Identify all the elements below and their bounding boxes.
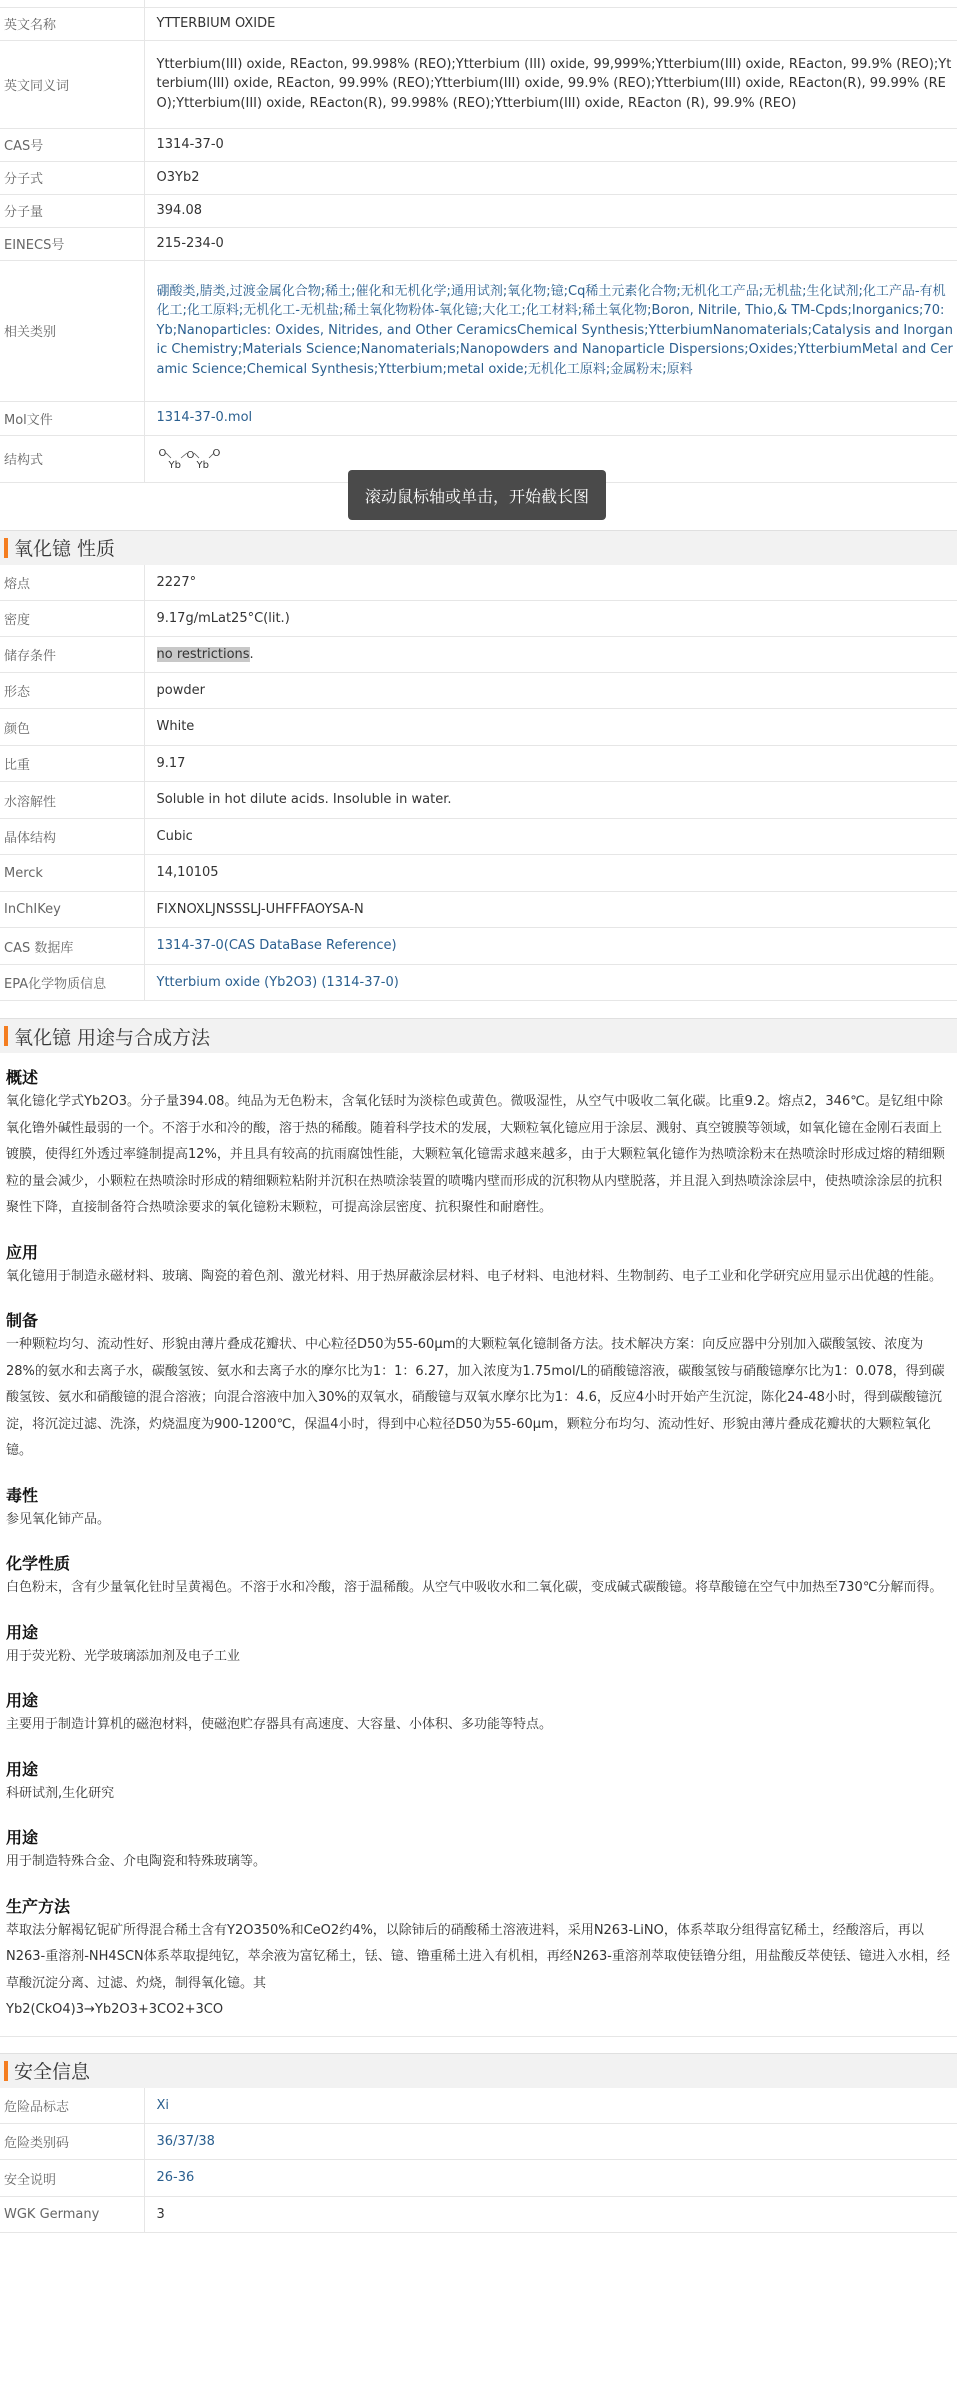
reaction-equation: Yb2(CkO4)3→Yb2O3+3CO2+3CO xyxy=(6,1997,951,2024)
accent-bar xyxy=(4,538,8,558)
block-application: 应用 氧化镱用于制造永磁材料、玻璃、陶瓷的着色剂、激光材料、用于热屏蔽涂层材料、… xyxy=(6,1242,951,1291)
related-categories-links[interactable]: 硼酸类,腈类,过渡金属化合物;稀土;催化和无机化学;通用试剂;氧化物;镱;Cq稀… xyxy=(144,260,957,401)
spacer xyxy=(0,1001,957,1018)
value: Soluble in hot dilute acids. Insoluble i… xyxy=(144,782,957,819)
block-production-method: 生产方法 萃取法分解褐钇铌矿所得混合稀土含有Y2O350%和CeO2约4%，以除… xyxy=(6,1896,951,2024)
row-hazard-symbol: 危险品标志 Xi xyxy=(0,2088,957,2124)
row-risk-codes: 危险类别码 36/37/38 xyxy=(0,2124,957,2160)
row-mol-file: Mol文件 1314-37-0.mol xyxy=(0,401,957,435)
basic-info-table: 英文名称 YTTERBIUM OXIDE 英文同义词 Ytterbium(III… xyxy=(0,8,957,483)
value: 9.17 xyxy=(144,746,957,782)
paragraph: 氧化镱化学式Yb2O3。分子量394.08。纯品为无色粉末，含氧化铥时为淡棕色或… xyxy=(6,1089,951,1222)
row-crystal-structure: 晶体结构 Cubic xyxy=(0,819,957,855)
heading: 概述 xyxy=(6,1067,951,1089)
value: O3Yb2 xyxy=(144,161,957,194)
value: White xyxy=(144,709,957,746)
paragraph: 白色粉末，含有少量氧化钍时呈黄褐色。不溶于水和冷酸，溶于温稀酸。从空气中吸收水和… xyxy=(6,1575,951,1602)
properties-table: 熔点 2227° 密度 9.17g/mLat25°C(lit.) 储存条件 no… xyxy=(0,565,957,1002)
label: WGK Germany xyxy=(0,2197,144,2233)
heading: 应用 xyxy=(6,1242,951,1264)
tooltip-long-screenshot: 滚动鼠标轴或单击，开始截长图 xyxy=(348,470,606,520)
paragraph: 萃取法分解褐钇铌矿所得混合稀土含有Y2O350%和CeO2约4%，以除铈后的硝酸… xyxy=(6,1918,951,1998)
risk-codes-link[interactable]: 36/37/38 xyxy=(144,2124,957,2160)
block-toxicity: 毒性 参见氧化铈产品。 xyxy=(6,1485,951,1534)
label: CAS 数据库 xyxy=(0,928,144,965)
label: 水溶解性 xyxy=(0,782,144,819)
section-header-properties: 氧化镱 性质 xyxy=(0,530,957,565)
row-color: 颜色 White xyxy=(0,709,957,746)
bond-lines xyxy=(157,442,227,472)
row-cas-database: CAS 数据库 1314-37-0(CAS DataBase Reference… xyxy=(0,928,957,965)
label: 危险品标志 xyxy=(0,2088,144,2124)
label: 晶体结构 xyxy=(0,819,144,855)
row-density: 密度 9.17g/mLat25°C(lit.) xyxy=(0,601,957,637)
value: 9.17g/mLat25°C(lit.) xyxy=(144,601,957,637)
heading: 化学性质 xyxy=(6,1553,951,1575)
row-form: 形态 powder xyxy=(0,673,957,709)
label: 危险类别码 xyxy=(0,2124,144,2160)
hazard-symbol-link[interactable]: Xi xyxy=(144,2088,957,2124)
label: Mol文件 xyxy=(0,401,144,435)
row-epa-info: EPA化学物质信息 Ytterbium oxide (Yb2O3) (1314-… xyxy=(0,965,957,1001)
value-cell: no restrictions. xyxy=(144,637,957,673)
value: 1314-37-0 xyxy=(144,128,957,161)
paragraph: 科研试剂,生化研究 xyxy=(6,1781,951,1808)
row-merck: Merck 14,10105 xyxy=(0,855,957,892)
paragraph: 一种颗粒均匀、流动性好、形貌由薄片叠成花瓣状、中心粒径D50为55-60μm的大… xyxy=(6,1332,951,1465)
value: Cubic xyxy=(144,819,957,855)
value: powder xyxy=(144,673,957,709)
divider xyxy=(0,2024,957,2037)
structure-image: O Yb O Yb O xyxy=(157,442,247,476)
paragraph: 用于制造特殊合金、介电陶瓷和特殊玻璃等。 xyxy=(6,1849,951,1876)
spacer xyxy=(0,2037,957,2053)
label: CAS号 xyxy=(0,128,144,161)
value: 215-234-0 xyxy=(144,227,957,260)
row-water-solubility: 水溶解性 Soluble in hot dilute acids. Insolu… xyxy=(0,782,957,819)
block-use-4: 用途 用于制造特殊合金、介电陶瓷和特殊玻璃等。 xyxy=(6,1827,951,1876)
section-header-safety: 安全信息 xyxy=(0,2053,957,2088)
highlighted-text: no restrictions xyxy=(157,647,250,662)
row-wgk-germany: WGK Germany 3 xyxy=(0,2197,957,2233)
value: 2227° xyxy=(144,565,957,601)
paragraph: 用于荧光粉、光学玻璃添加剂及电子工业 xyxy=(6,1644,951,1671)
accent-bar xyxy=(4,2061,8,2081)
safety-statements-link[interactable]: 26-36 xyxy=(144,2160,957,2197)
uses-content: 概述 氧化镱化学式Yb2O3。分子量394.08。纯品为无色粉末，含氧化铥时为淡… xyxy=(0,1053,957,2024)
row-melting-point: 熔点 2227° xyxy=(0,565,957,601)
row-einecs: EINECS号 215-234-0 xyxy=(0,227,957,260)
row-english-synonyms: 英文同义词 Ytterbium(III) oxide, REacton, 99.… xyxy=(0,40,957,128)
label: EPA化学物质信息 xyxy=(0,965,144,1001)
safety-table: 危险品标志 Xi 危险类别码 36/37/38 安全说明 26-36 WGK G… xyxy=(0,2088,957,2234)
block-use-3: 用途 科研试剂,生化研究 xyxy=(6,1759,951,1808)
block-overview: 概述 氧化镱化学式Yb2O3。分子量394.08。纯品为无色粉末，含氧化铥时为淡… xyxy=(6,1067,951,1222)
paragraph: 氧化镱用于制造永磁材料、玻璃、陶瓷的着色剂、激光材料、用于热屏蔽涂层材料、电子材… xyxy=(6,1264,951,1291)
heading: 用途 xyxy=(6,1690,951,1712)
label: 分子量 xyxy=(0,194,144,227)
row-storage: 储存条件 no restrictions. xyxy=(0,637,957,673)
cas-database-link[interactable]: 1314-37-0(CAS DataBase Reference) xyxy=(144,928,957,965)
value: FIXNOXLJNSSSLJ-UHFFFAOYSA-N xyxy=(144,892,957,928)
value: 394.08 xyxy=(144,194,957,227)
label: 英文名称 xyxy=(0,8,144,40)
top-partial-row xyxy=(0,0,957,8)
label: InChIKey xyxy=(0,892,144,928)
heading: 用途 xyxy=(6,1827,951,1849)
row-cas-number: CAS号 1314-37-0 xyxy=(0,128,957,161)
value: Ytterbium(III) oxide, REacton, 99.998% (… xyxy=(144,40,957,128)
value: YTTERBIUM OXIDE xyxy=(144,8,957,40)
accent-bar xyxy=(4,1026,8,1046)
heading: 用途 xyxy=(6,1759,951,1781)
section-title: 安全信息 xyxy=(14,2057,90,2084)
label: 安全说明 xyxy=(0,2160,144,2197)
block-preparation: 制备 一种颗粒均匀、流动性好、形貌由薄片叠成花瓣状、中心粒径D50为55-60μ… xyxy=(6,1310,951,1465)
heading: 制备 xyxy=(6,1310,951,1332)
row-english-name: 英文名称 YTTERBIUM OXIDE xyxy=(0,8,957,40)
block-chemical-properties: 化学性质 白色粉末，含有少量氧化钍时呈黄褐色。不溶于水和冷酸，溶于温稀酸。从空气… xyxy=(6,1553,951,1602)
section-header-uses: 氧化镱 用途与合成方法 xyxy=(0,1018,957,1053)
row-molecular-weight: 分子量 394.08 xyxy=(0,194,957,227)
row-inchikey: InChIKey FIXNOXLJNSSSLJ-UHFFFAOYSA-N xyxy=(0,892,957,928)
label: Merck xyxy=(0,855,144,892)
epa-info-link[interactable]: Ytterbium oxide (Yb2O3) (1314-37-0) xyxy=(144,965,957,1001)
row-safety-statements: 安全说明 26-36 xyxy=(0,2160,957,2197)
paragraph: 主要用于制造计算机的磁泡材料，使磁泡贮存器具有高速度、大容量、小体积、多功能等特… xyxy=(6,1712,951,1739)
block-use-2: 用途 主要用于制造计算机的磁泡材料，使磁泡贮存器具有高速度、大容量、小体积、多功… xyxy=(6,1690,951,1739)
label: 颜色 xyxy=(0,709,144,746)
label: EINECS号 xyxy=(0,227,144,260)
suffix: . xyxy=(250,647,254,662)
label: 储存条件 xyxy=(0,637,144,673)
label: 分子式 xyxy=(0,161,144,194)
block-use-1: 用途 用于荧光粉、光学玻璃添加剂及电子工业 xyxy=(6,1622,951,1671)
row-specific-gravity: 比重 9.17 xyxy=(0,746,957,782)
label: 相关类别 xyxy=(0,260,144,401)
value: 14,10105 xyxy=(144,855,957,892)
label: 结构式 xyxy=(0,435,144,482)
row-molecular-formula: 分子式 O3Yb2 xyxy=(0,161,957,194)
label: 密度 xyxy=(0,601,144,637)
mol-file-link[interactable]: 1314-37-0.mol xyxy=(144,401,957,435)
section-title: 氧化镱 用途与合成方法 xyxy=(14,1023,210,1050)
heading: 用途 xyxy=(6,1622,951,1644)
paragraph: 参见氧化铈产品。 xyxy=(6,1507,951,1534)
heading: 生产方法 xyxy=(6,1896,951,1918)
row-related-categories: 相关类别 硼酸类,腈类,过渡金属化合物;稀土;催化和无机化学;通用试剂;氧化物;… xyxy=(0,260,957,401)
value: 3 xyxy=(144,2197,957,2233)
heading: 毒性 xyxy=(6,1485,951,1507)
section-title: 氧化镱 性质 xyxy=(14,534,115,561)
label: 形态 xyxy=(0,673,144,709)
label: 比重 xyxy=(0,746,144,782)
label: 英文同义词 xyxy=(0,40,144,128)
label: 熔点 xyxy=(0,565,144,601)
